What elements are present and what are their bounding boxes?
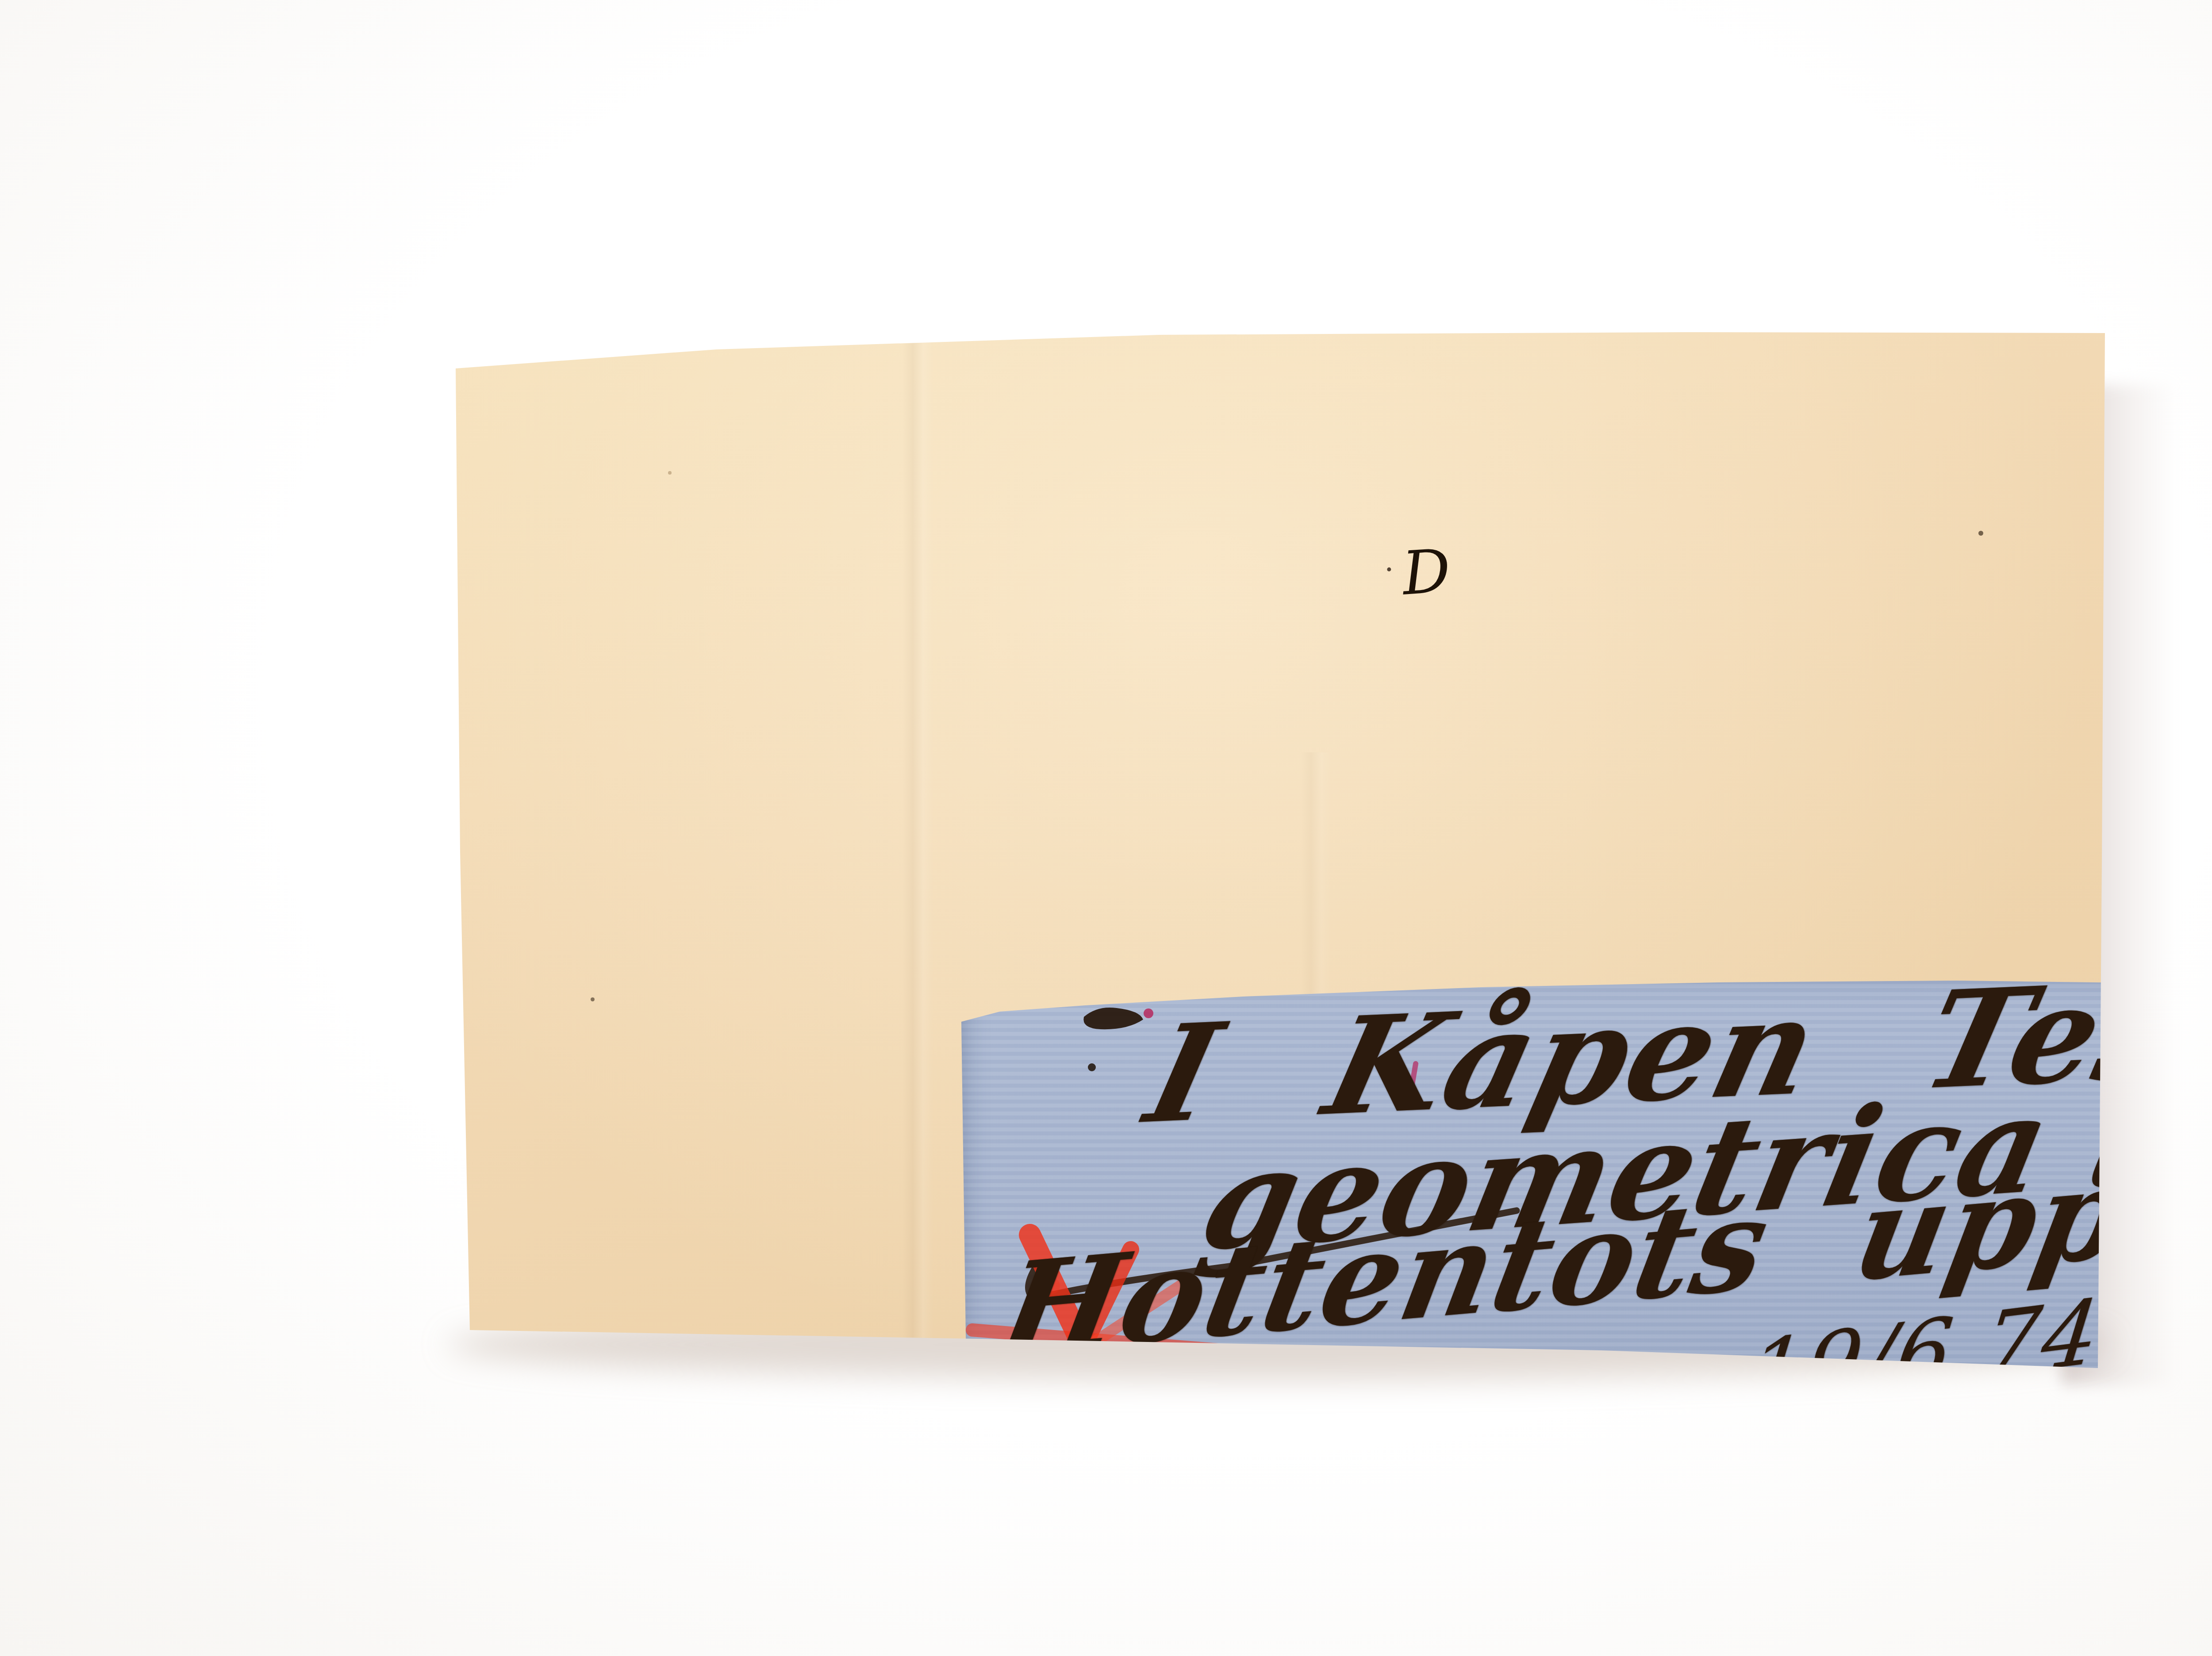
letter-d-text: D [1400,536,1453,608]
crimson-dot [1144,1008,1153,1018]
card-crease [902,330,933,1387]
specimen-card: D [451,330,2108,1387]
letter-d-mark: D [1400,536,1453,608]
paper-speck [1978,531,1983,536]
ink-blot [1083,1008,1153,1029]
paper-speck [668,471,672,475]
paper-speck [591,997,595,1001]
ink-dot [1088,1063,1096,1071]
ink-dot [1387,567,1391,572]
photo-background: D [0,0,2212,1656]
